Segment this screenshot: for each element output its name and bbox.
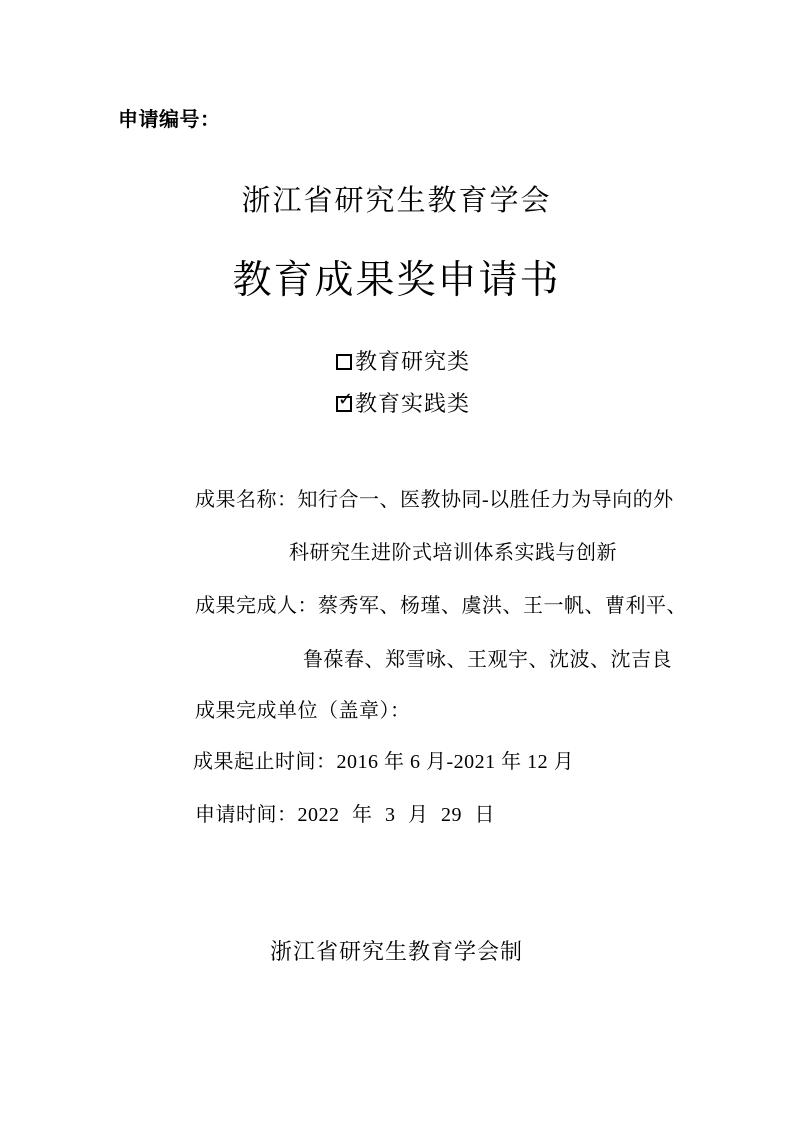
authors-value-line1: 蔡秀军、杨瑾、虞洪、王一帆、曹利平、 [318,595,687,617]
category-research-label: 教育研究类 [355,349,470,374]
achievement-name-label: 成果名称： [195,489,298,511]
category-practice-label: 教育实践类 [355,391,470,416]
application-date-line: 申请时间：2022 年 3 月 29 日 [195,798,495,827]
achievement-name-value-line2: 科研究生进阶式培训体系实践与创新 [289,536,617,565]
duration-line: 成果起止时间：2016 年 6 月-2021 年 12 月 [193,745,574,774]
check-mark-icon: ✓ [338,391,354,409]
document-title: 教育成果奖申请书 [0,249,793,305]
application-number-label: 申请编号： [118,103,221,132]
issuer-footer: 浙江省研究生教育学会制 [0,935,793,966]
category-option-research: 教育研究类 [336,345,470,376]
duration-label: 成果起止时间： [193,751,337,773]
authors-label: 成果完成人： [195,595,318,617]
achievement-name-line1: 成果名称：知行合一、医教协同-以胜任力为导向的外 [195,483,674,512]
checkbox-unchecked-icon [336,354,352,370]
category-option-practice: ✓教育实践类 [336,387,470,418]
duration-value: 2016 年 6 月-2021 年 12 月 [337,751,575,773]
authors-value-line2: 鲁葆春、郑雪咏、王观宇、沈波、沈吉良 [303,643,672,672]
application-date-label: 申请时间： [195,804,298,826]
checkbox-checked-icon: ✓ [336,396,352,412]
organization-title: 浙江省研究生教育学会 [0,178,793,219]
application-date-value: 2022 年 3 月 29 日 [298,804,496,826]
completing-unit-label: 成果完成单位（盖章）： [195,694,411,723]
achievement-name-value-line1: 知行合一、医教协同-以胜任力为导向的外 [298,489,674,511]
document-page: 申请编号： 浙江省研究生教育学会 教育成果奖申请书 教育研究类 ✓教育实践类 成… [0,0,793,1122]
authors-line1: 成果完成人：蔡秀军、杨瑾、虞洪、王一帆、曹利平、 [195,589,687,618]
